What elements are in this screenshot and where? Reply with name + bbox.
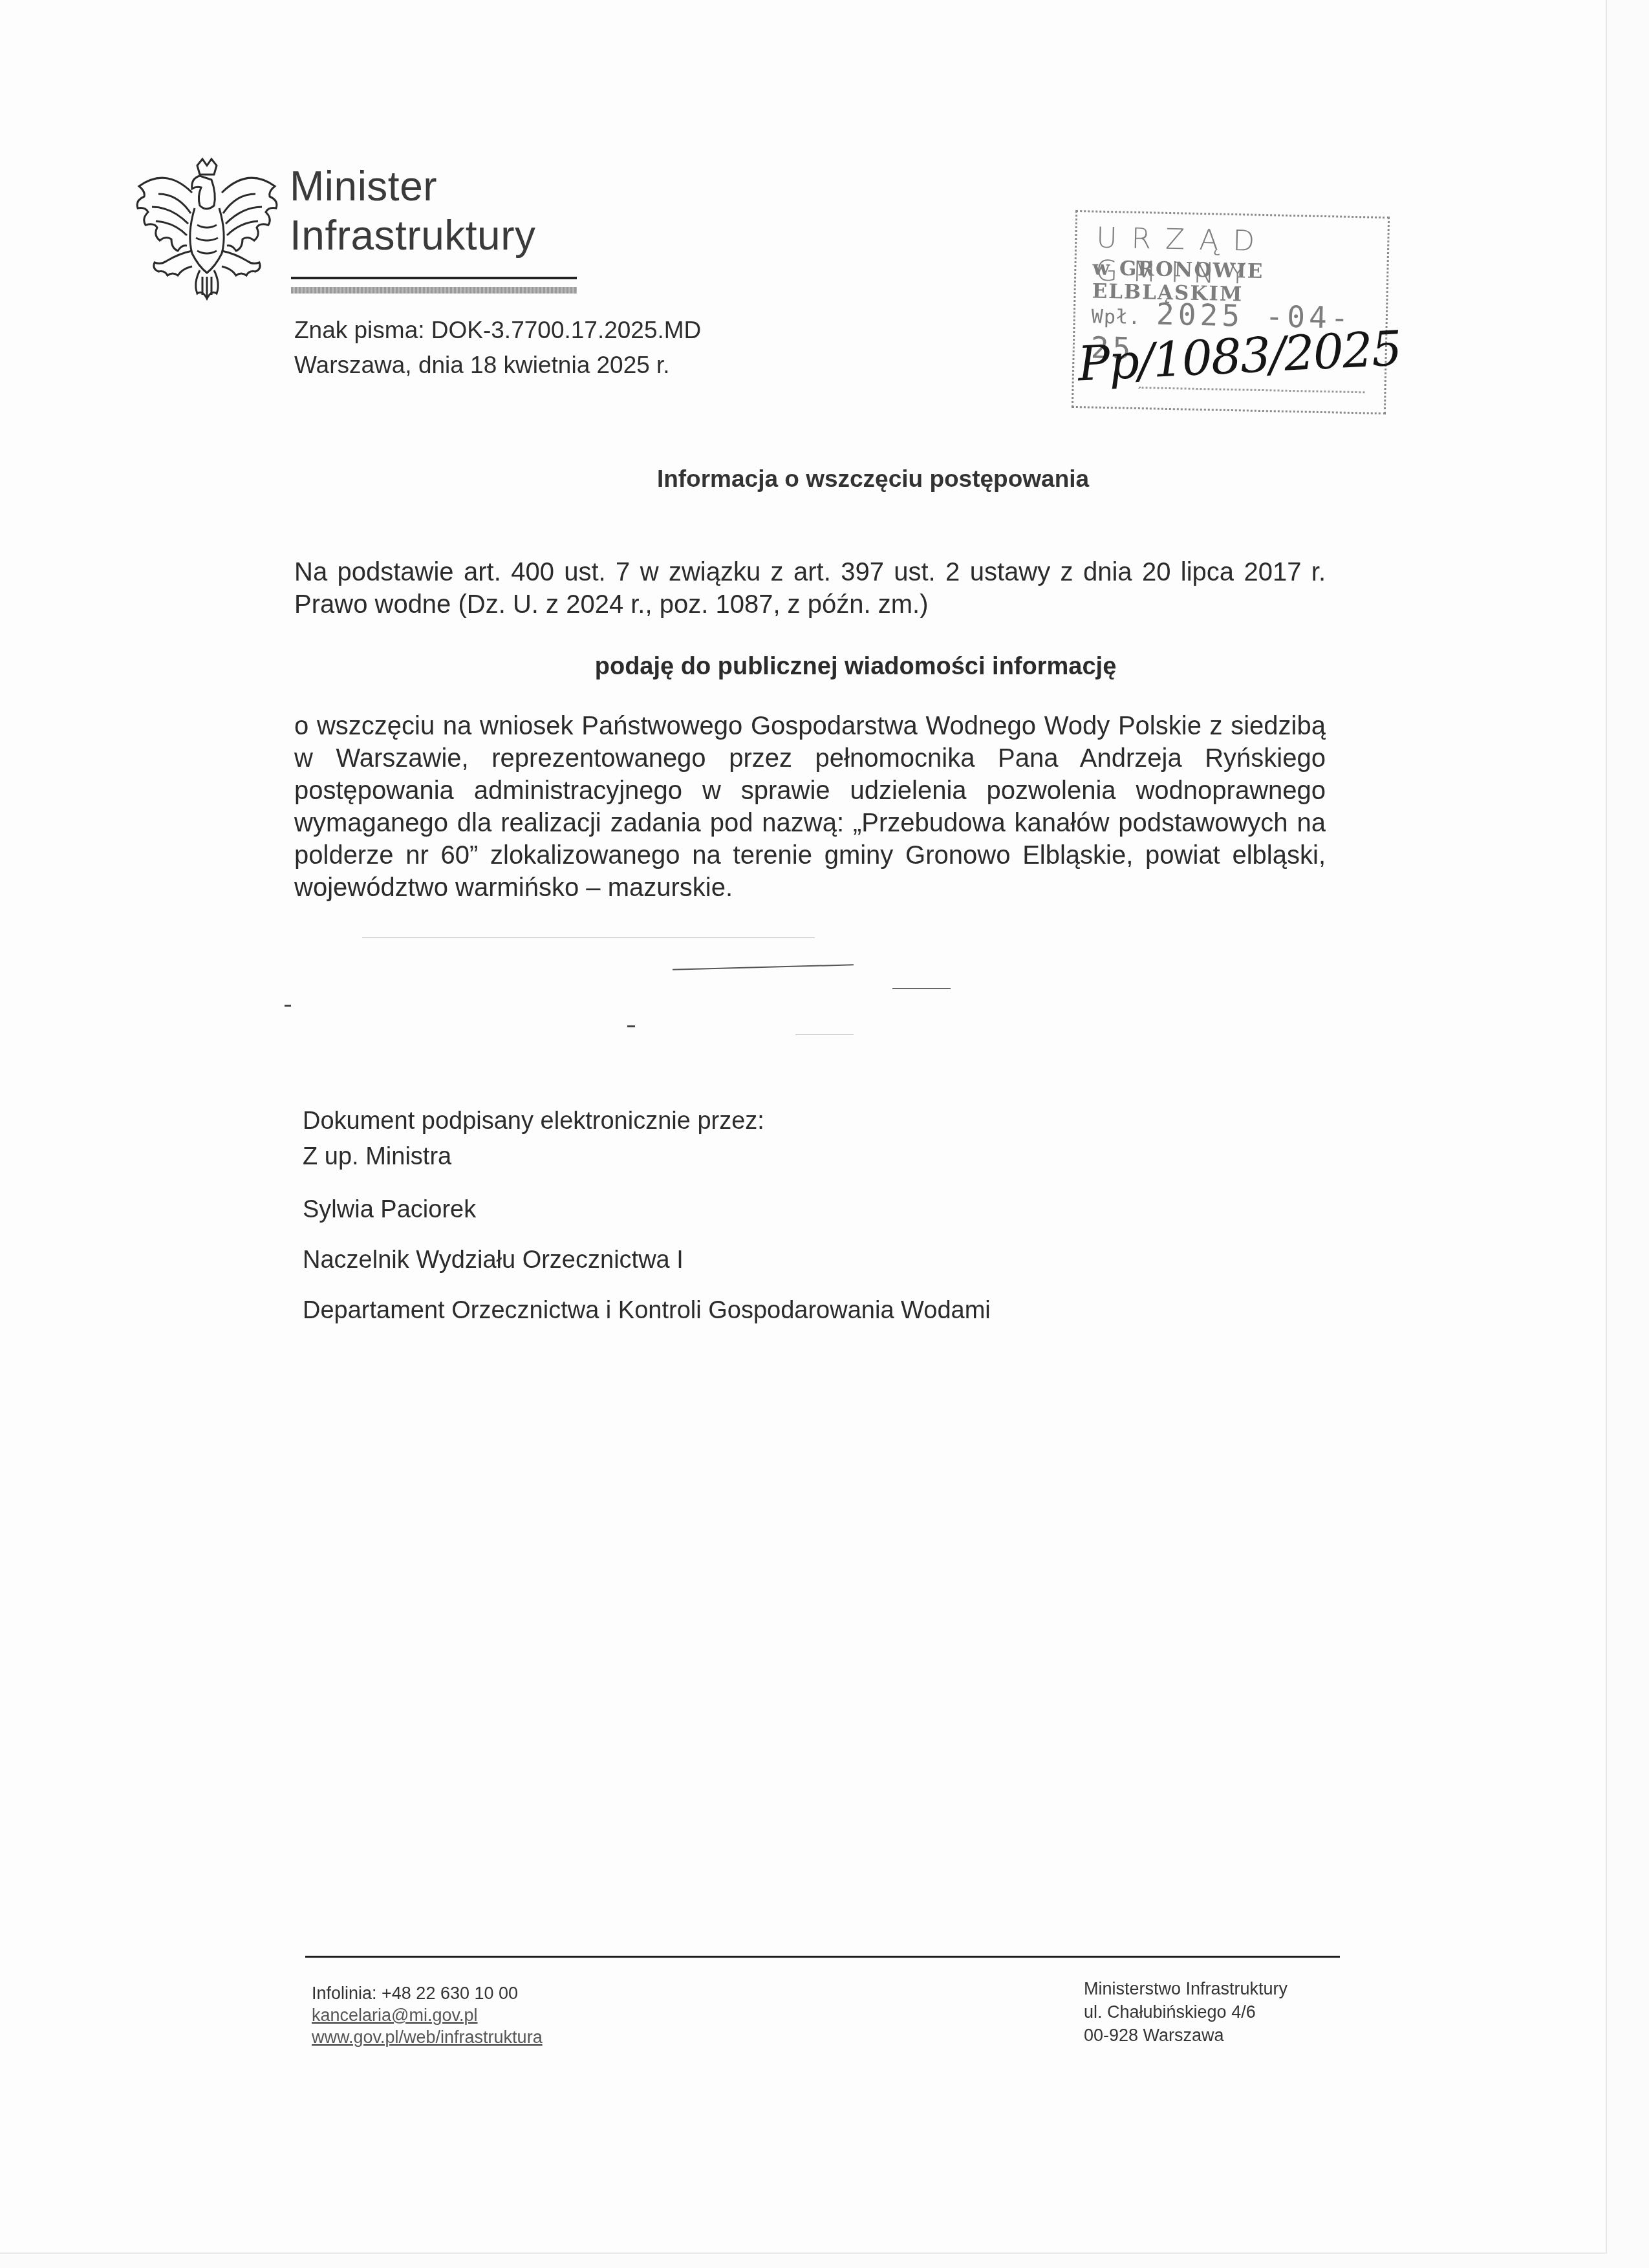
footer-address: Ministerstwo Infrastruktury ul. Chałubiń… (1084, 1977, 1288, 2047)
document-meta: Znak pisma: DOK-3.7700.17.2025.MD Warsza… (294, 313, 701, 383)
footer-city: 00-928 Warszawa (1084, 2024, 1288, 2047)
document-title: Informacja o wszczęciu postępowania (0, 465, 1649, 493)
signature-authorization: Z up. Ministra (303, 1143, 451, 1171)
announcement-text: podaję do publicznej wiadomości informac… (595, 653, 1117, 680)
legal-basis-paragraph: Na podstawie art. 400 ust. 7 w związku z… (294, 556, 1326, 621)
signatory-name: Sylwia Paciorek (303, 1196, 476, 1224)
header-divider-shaded (291, 287, 577, 294)
footer-hotline: Infolinia: +48 22 630 10 00 (312, 1982, 543, 2004)
document-title-text: Informacja o wszczęciu postępowania (657, 465, 1089, 492)
footer-divider (305, 1956, 1340, 1958)
footer-org-name: Ministerstwo Infrastruktury (1084, 1977, 1288, 2000)
announcement-heading: podaję do publicznej wiadomości informac… (0, 653, 1649, 681)
footer-email-link[interactable]: kancelaria@mi.gov.pl (312, 2004, 543, 2026)
footer-contact: Infolinia: +48 22 630 10 00 kancelaria@m… (312, 1982, 543, 2048)
body-text: o wszczęciu na wniosek Państwowego Gospo… (294, 710, 1326, 904)
brand-line-1: Minister (290, 162, 535, 211)
brand-line-2: Infrastruktury (290, 211, 535, 260)
polish-eagle-crest-icon (133, 154, 281, 303)
stamp-dotted-line (1138, 387, 1364, 393)
signature-intro: Dokument podpisany elektronicznie przez: (303, 1107, 764, 1135)
reference-number: Znak pisma: DOK-3.7700.17.2025.MD (294, 313, 701, 348)
place-and-date: Warszawa, dnia 18 kwietnia 2025 r. (294, 348, 701, 383)
signatory-position: Naczelnik Wydziału Orzecznictwa I (303, 1246, 684, 1274)
footer-street: ul. Chałubińskiego 4/6 (1084, 2000, 1288, 2024)
body-paragraph: o wszczęciu na wniosek Państwowego Gospo… (294, 710, 1326, 904)
signatory-department: Departament Orzecznictwa i Kontroli Gosp… (303, 1297, 991, 1325)
footer-website-link[interactable]: www.gov.pl/web/infrastruktura (312, 2026, 543, 2048)
registry-stamp: URZĄD GMINY w GRONOWIE ELBLĄSKIM Wpł.202… (1072, 210, 1390, 414)
header-divider (291, 277, 577, 279)
stamp-received-label: Wpł. (1091, 305, 1141, 329)
ministry-brand-name: Minister Infrastruktury (290, 162, 535, 260)
